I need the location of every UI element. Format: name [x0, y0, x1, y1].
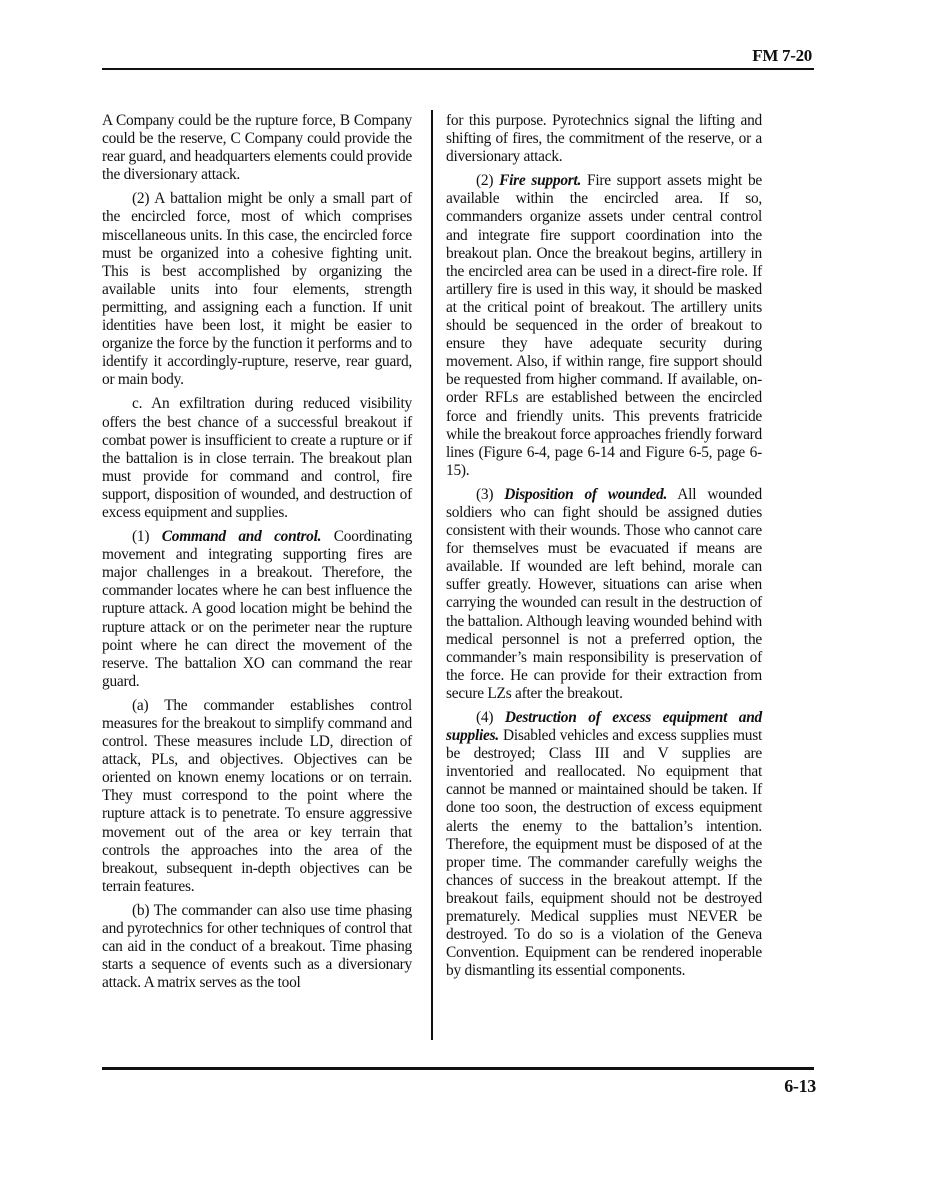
paragraph: (4) Destruction of excess equipment and …	[446, 709, 762, 980]
paragraph-body: Coordinating movement and integrating su…	[102, 528, 412, 690]
page-number: 6-13	[784, 1076, 816, 1097]
right-column: for this purpose. Pyrotechnics signal th…	[446, 112, 762, 986]
paragraph: (b) The commander can also use time phas…	[102, 902, 412, 992]
paragraph-number: (2)	[476, 172, 499, 189]
paragraph-body: All wounded soldiers who can fight shoul…	[446, 486, 762, 702]
column-divider	[431, 110, 433, 1040]
paragraph-heading: Fire support.	[499, 172, 581, 189]
paragraph-body: Disabled vehicles and excess supplies mu…	[446, 727, 762, 979]
paragraph: for this purpose. Pyrotechnics signal th…	[446, 112, 762, 166]
footer-rule	[102, 1067, 814, 1070]
paragraph-heading: Command and control.	[162, 528, 322, 545]
paragraph: c. An exfiltration during reduced visibi…	[102, 395, 412, 522]
paragraph: (3) Disposition of wounded. All wounded …	[446, 486, 762, 703]
paragraph: (1) Command and control. Coordinating mo…	[102, 528, 412, 691]
paragraph: (2) A battalion might be only a small pa…	[102, 190, 412, 389]
paragraph-number: (3)	[476, 486, 504, 503]
paragraph: A Company could be the rupture force, B …	[102, 112, 412, 184]
left-column: A Company could be the rupture force, B …	[102, 112, 412, 998]
header-rule	[102, 68, 814, 70]
manual-designation: FM 7-20	[752, 46, 812, 66]
paragraph-body: Fire support assets might be available w…	[446, 172, 762, 479]
paragraph: (a) The commander establishes control me…	[102, 697, 412, 896]
paragraph-number: (4)	[476, 709, 505, 726]
paragraph: (2) Fire support. Fire support assets mi…	[446, 172, 762, 480]
paragraph-heading: Disposition of wounded.	[504, 486, 667, 503]
paragraph-number: (1)	[132, 528, 162, 545]
